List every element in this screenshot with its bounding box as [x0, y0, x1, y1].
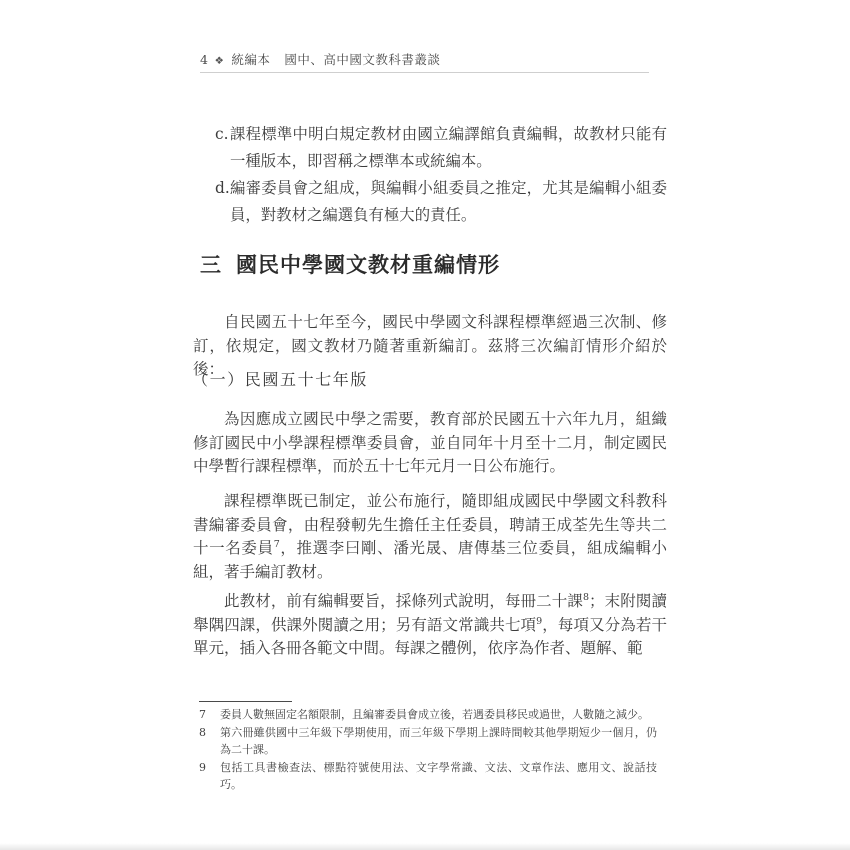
list-item-text: 課程標準中明白規定教材由國立編譯館負責編輯，故教材只能有一種版本，即習稱之標準本…: [230, 121, 667, 175]
footnote: 9 包括工具書檢查法、標點符號使用法、文字學常識、文法、文章作法、應用文、說話技…: [199, 759, 657, 794]
footnote-divider: [199, 701, 292, 702]
list-item-d: d. 編審委員會之組成，與編輯小組委員之推定，尤其是編輯小組委員，對教材之編選負…: [215, 175, 667, 229]
subsection-heading: （一）民國五十七年版: [192, 369, 368, 391]
footnote-number: 8: [199, 724, 220, 759]
scan-edge-shadow: [0, 843, 850, 850]
list-item-text: 編審委員會之組成，與編輯小組委員之推定，尤其是編輯小組委員，對教材之編選負有極大…: [230, 175, 667, 229]
body-paragraph-3: 此教材，前有編輯要旨，採條列式說明，每冊二十課8；末附閱讀舉隅四課，供課外閱讀之…: [193, 590, 667, 661]
list-item-marker: d.: [215, 175, 230, 229]
list-item-c: c. 課程標準中明白規定教材由國立編譯館負責編輯，故教材只能有一種版本，即習稱之…: [215, 121, 667, 175]
section-number: 三: [200, 253, 222, 277]
footnote-text: 委員人數無固定名額限制，且編審委員會成立後，若遇委員移民或過世，人數隨之減少。: [220, 706, 657, 724]
footnote-text: 第六冊雖供國中三年級下學期使用，而三年級下學期上課時間較其他學期短少一個月，仍為…: [220, 724, 657, 759]
footnote-number: 7: [199, 706, 220, 724]
body-paragraph-1: 為因應成立國民中學之需要，教育部於民國五十六年九月，組織修訂國民中小學課程標準委…: [193, 408, 667, 479]
lettered-list: c. 課程標準中明白規定教材由國立編譯館負責編輯，故教材只能有一種版本，即習稱之…: [215, 121, 667, 229]
running-header-title: 國中、高中國文教科書叢談: [284, 52, 440, 67]
list-item-marker: c.: [215, 121, 230, 175]
book-page: 4❖統編本國中、高中國文教科書叢談 c. 課程標準中明白規定教材由國立編譯館負責…: [0, 0, 850, 850]
footnote-text: 包括工具書檢查法、標點符號使用法、文字學常識、文法、文章作法、應用文、說話技巧。: [220, 759, 657, 794]
body-paragraph-2: 課程標準既已制定，並公布施行，隨即組成國民中學國文科教科書編審委員會，由程發軔先…: [193, 490, 667, 584]
section-heading: 三國民中學國文教材重編情形: [200, 252, 500, 279]
footnotes: 7 委員人數無固定名額限制，且編審委員會成立後，若遇委員移民或過世，人數隨之減少…: [199, 706, 657, 794]
footnote: 7 委員人數無固定名額限制，且編審委員會成立後，若遇委員移民或過世，人數隨之減少…: [199, 706, 657, 724]
footnote-number: 9: [199, 759, 220, 794]
footnote: 8 第六冊雖供國中三年級下學期使用，而三年級下學期上課時間較其他學期短少一個月，…: [199, 724, 657, 759]
diamond-ornament-icon: ❖: [214, 55, 224, 67]
running-header-series: 統編本: [231, 52, 270, 67]
running-header: 4❖統編本國中、高中國文教科書叢談: [200, 53, 649, 73]
section-title: 國民中學國文教材重編情形: [236, 253, 500, 277]
page-number: 4: [200, 52, 208, 67]
